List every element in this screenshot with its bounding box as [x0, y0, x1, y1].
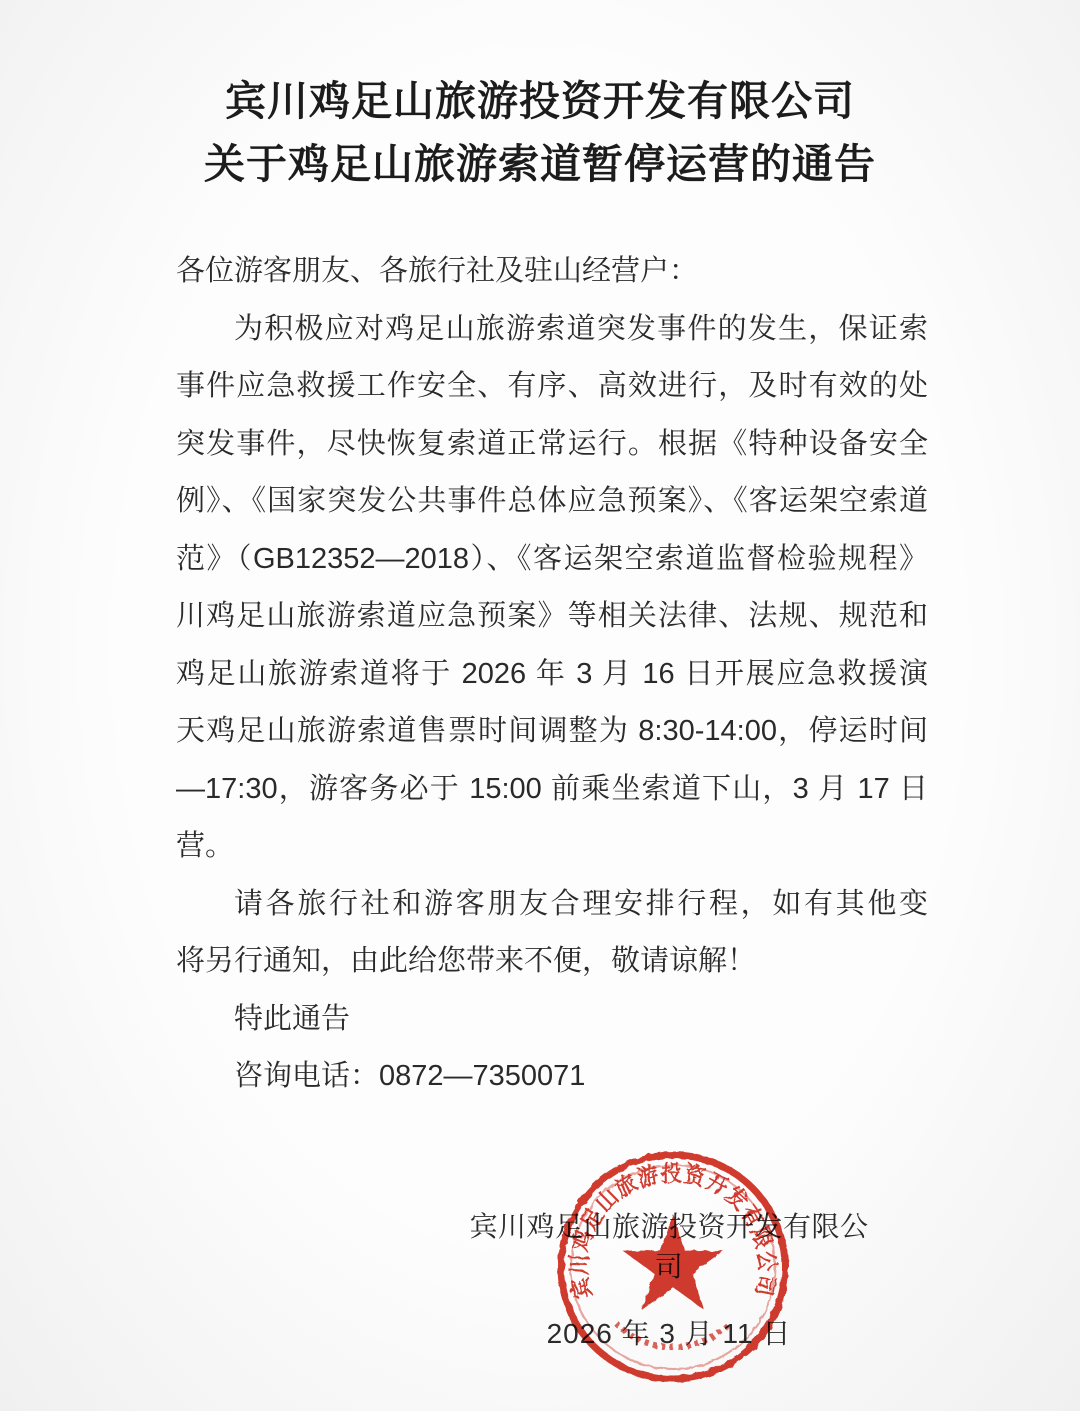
- body-line: 请各旅行社和游客朋友合理安排行程，如有其他变动，公司: [176, 876, 928, 934]
- body-line: 为积极应对鸡足山旅游索道突发事件的发生，保证索道突发: [176, 301, 928, 359]
- body-line: 范》（GB12352—2018）、《客运架空索道监督检验规程》以及《宾: [176, 531, 928, 589]
- body-line: 例》、《国家突发公共事件总体应急预案》、《客运架空索道安全规: [176, 473, 928, 531]
- salutation-line: 各位游客朋友、各旅行社及驻山经营户：: [176, 243, 928, 301]
- page-title: 宾川鸡足山旅游投资开发有限公司 关于鸡足山旅游索道暂停运营的通告: [0, 70, 1080, 196]
- title-line-subject: 关于鸡足山旅游索道暂停运营的通告: [0, 133, 1080, 196]
- body-line: —17:30，游客务必于 15:00 前乘坐索道下山，3 月 17 日恢复运: [176, 761, 928, 819]
- body-line: 将另行通知，由此给您带来不便，敬请谅解！: [176, 933, 928, 991]
- body-line: 事件应急救援工作安全、有序、高效进行，及时有效的处置意外: [176, 358, 928, 416]
- body-line: 鸡足山旅游索道将于 2026 年 3 月 16 日开展应急救援演练。当: [176, 646, 928, 704]
- announcement-page: 宾川鸡足山旅游投资开发有限公司 关于鸡足山旅游索道暂停运营的通告 各位游客朋友、…: [0, 0, 1080, 1411]
- body-line: 川鸡足山旅游索道应急预案》等相关法律、法规、规范和制度。: [176, 588, 928, 646]
- body-line: 天鸡足山旅游索道售票时间调整为 8:30-14:00，停运时间为 15:00: [176, 703, 928, 761]
- company-seal-icon: 宾川鸡足山旅游投资开发有限公司: [543, 1137, 803, 1397]
- seal-star-icon: [623, 1214, 724, 1310]
- phone-line: 咨询电话：0872—7350071: [176, 1048, 928, 1106]
- seal-serial-dots: [616, 1324, 729, 1347]
- closing-line: 特此通告: [176, 991, 928, 1049]
- body-line: 突发事件，尽快恢复索道正常运行。根据《特种设备安全监察条: [176, 416, 928, 474]
- body-line: 营。: [176, 818, 928, 876]
- announcement-body: 各位游客朋友、各旅行社及驻山经营户： 为积极应对鸡足山旅游索道突发事件的发生，保…: [176, 243, 928, 1106]
- title-line-company: 宾川鸡足山旅游投资开发有限公司: [0, 70, 1080, 133]
